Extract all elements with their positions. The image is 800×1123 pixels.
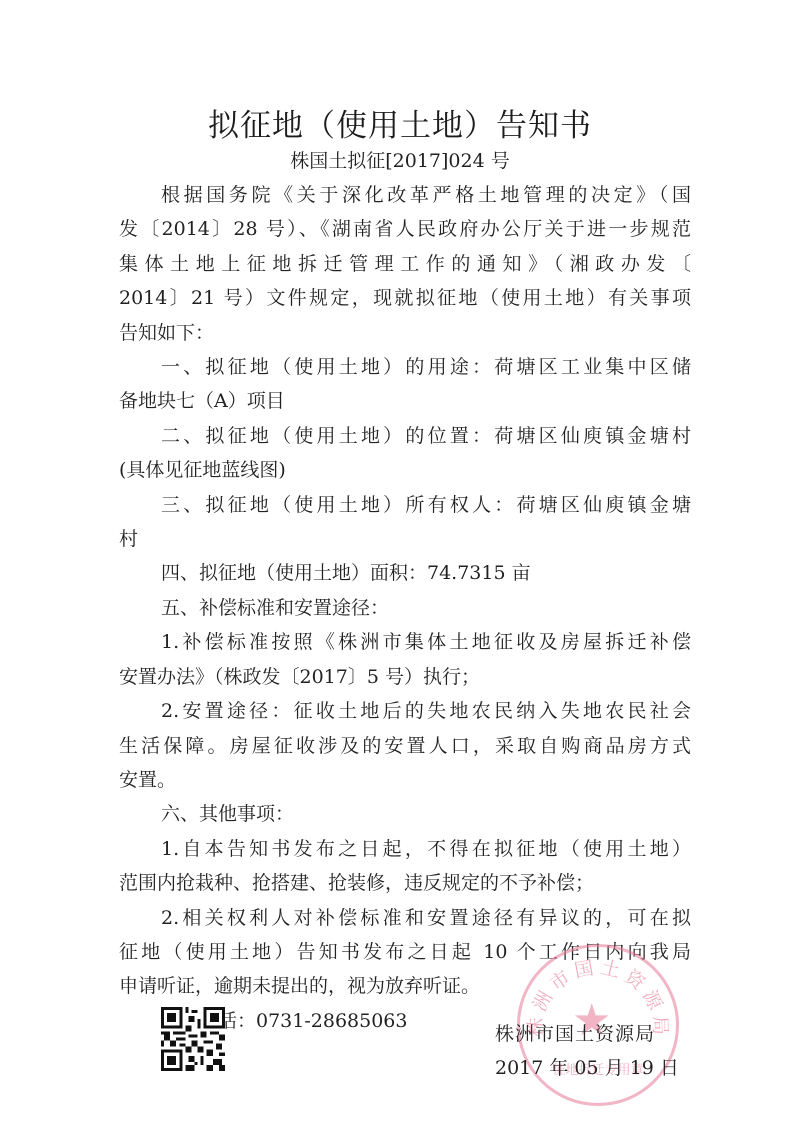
body-line: 四、拟征地（使用土地）面积：74.7315 亩 bbox=[119, 556, 691, 590]
body-line: (具体见征地蓝线图) bbox=[119, 453, 691, 487]
body-line: 安置。 bbox=[119, 763, 691, 797]
document-title: 拟征地（使用土地）告知书 bbox=[0, 100, 800, 145]
body-line: 安置办法》（株政发〔2017〕5 号）执行； bbox=[119, 660, 691, 694]
body-line: 1.补偿标准按照《株洲市集体土地征收及房屋拆迁补偿 bbox=[119, 625, 691, 659]
qr-code-icon[interactable] bbox=[161, 1007, 225, 1071]
body-line: 2.安置途径：征收土地后的失地农民纳入失地农民社会 bbox=[119, 694, 691, 728]
document-number: 株国土拟征[2017]024 号 bbox=[0, 146, 800, 173]
body-line: 2014〕21 号）文件规定，现就拟征地（使用土地）有关事项 bbox=[119, 281, 691, 315]
body-line: 根据国务院《关于深化改革严格土地管理的决定》（国 bbox=[119, 178, 691, 212]
body-line: 二、拟征地（使用土地）的位置：荷塘区仙庾镇金塘村 bbox=[119, 419, 691, 453]
issue-date: 2017 年 05 月 19 日 bbox=[495, 1051, 679, 1085]
body-line: 五、补偿标准和安置途径： bbox=[119, 591, 691, 625]
document-body: 根据国务院《关于深化改革严格土地管理的决定》（国发〔2014〕28 号）、《湖南… bbox=[119, 178, 691, 1038]
body-line: 范围内抢栽种、抢搭建、抢装修，违反规定的不予补偿； bbox=[119, 866, 691, 900]
body-line: 1.自本告知书发布之日起，不得在拟征地（使用土地） bbox=[119, 832, 691, 866]
body-line: 一、拟征地（使用土地）的用途：荷塘区工业集中区储 bbox=[119, 350, 691, 384]
body-line: 生活保障。房屋征收涉及的安置人口，采取自购商品房方式 bbox=[119, 729, 691, 763]
document-page: 拟征地（使用土地）告知书 株国土拟征[2017]024 号 根据国务院《关于深化… bbox=[0, 0, 800, 1123]
issuer-name: 株洲市国土资源局 bbox=[495, 1017, 679, 1051]
body-line: 三、拟征地（使用土地）所有权人：荷塘区仙庾镇金塘 bbox=[119, 488, 691, 522]
body-line: 告知如下： bbox=[119, 316, 691, 350]
body-line: 六、其他事项： bbox=[119, 797, 691, 831]
signature-block: 株洲市国土资源局 2017 年 05 月 19 日 bbox=[495, 1017, 679, 1085]
body-line: 备地块七（A）项目 bbox=[119, 384, 691, 418]
body-line: 发〔2014〕28 号）、《湖南省人民政府办公厅关于进一步规范 bbox=[119, 212, 691, 246]
body-line: 集体土地上征地拆迁管理工作的通知》（湘政办发〔 bbox=[119, 247, 691, 281]
body-line: 村 bbox=[119, 522, 691, 556]
body-line: 2.相关权利人对补偿标准和安置途径有异议的，可在拟 bbox=[119, 901, 691, 935]
